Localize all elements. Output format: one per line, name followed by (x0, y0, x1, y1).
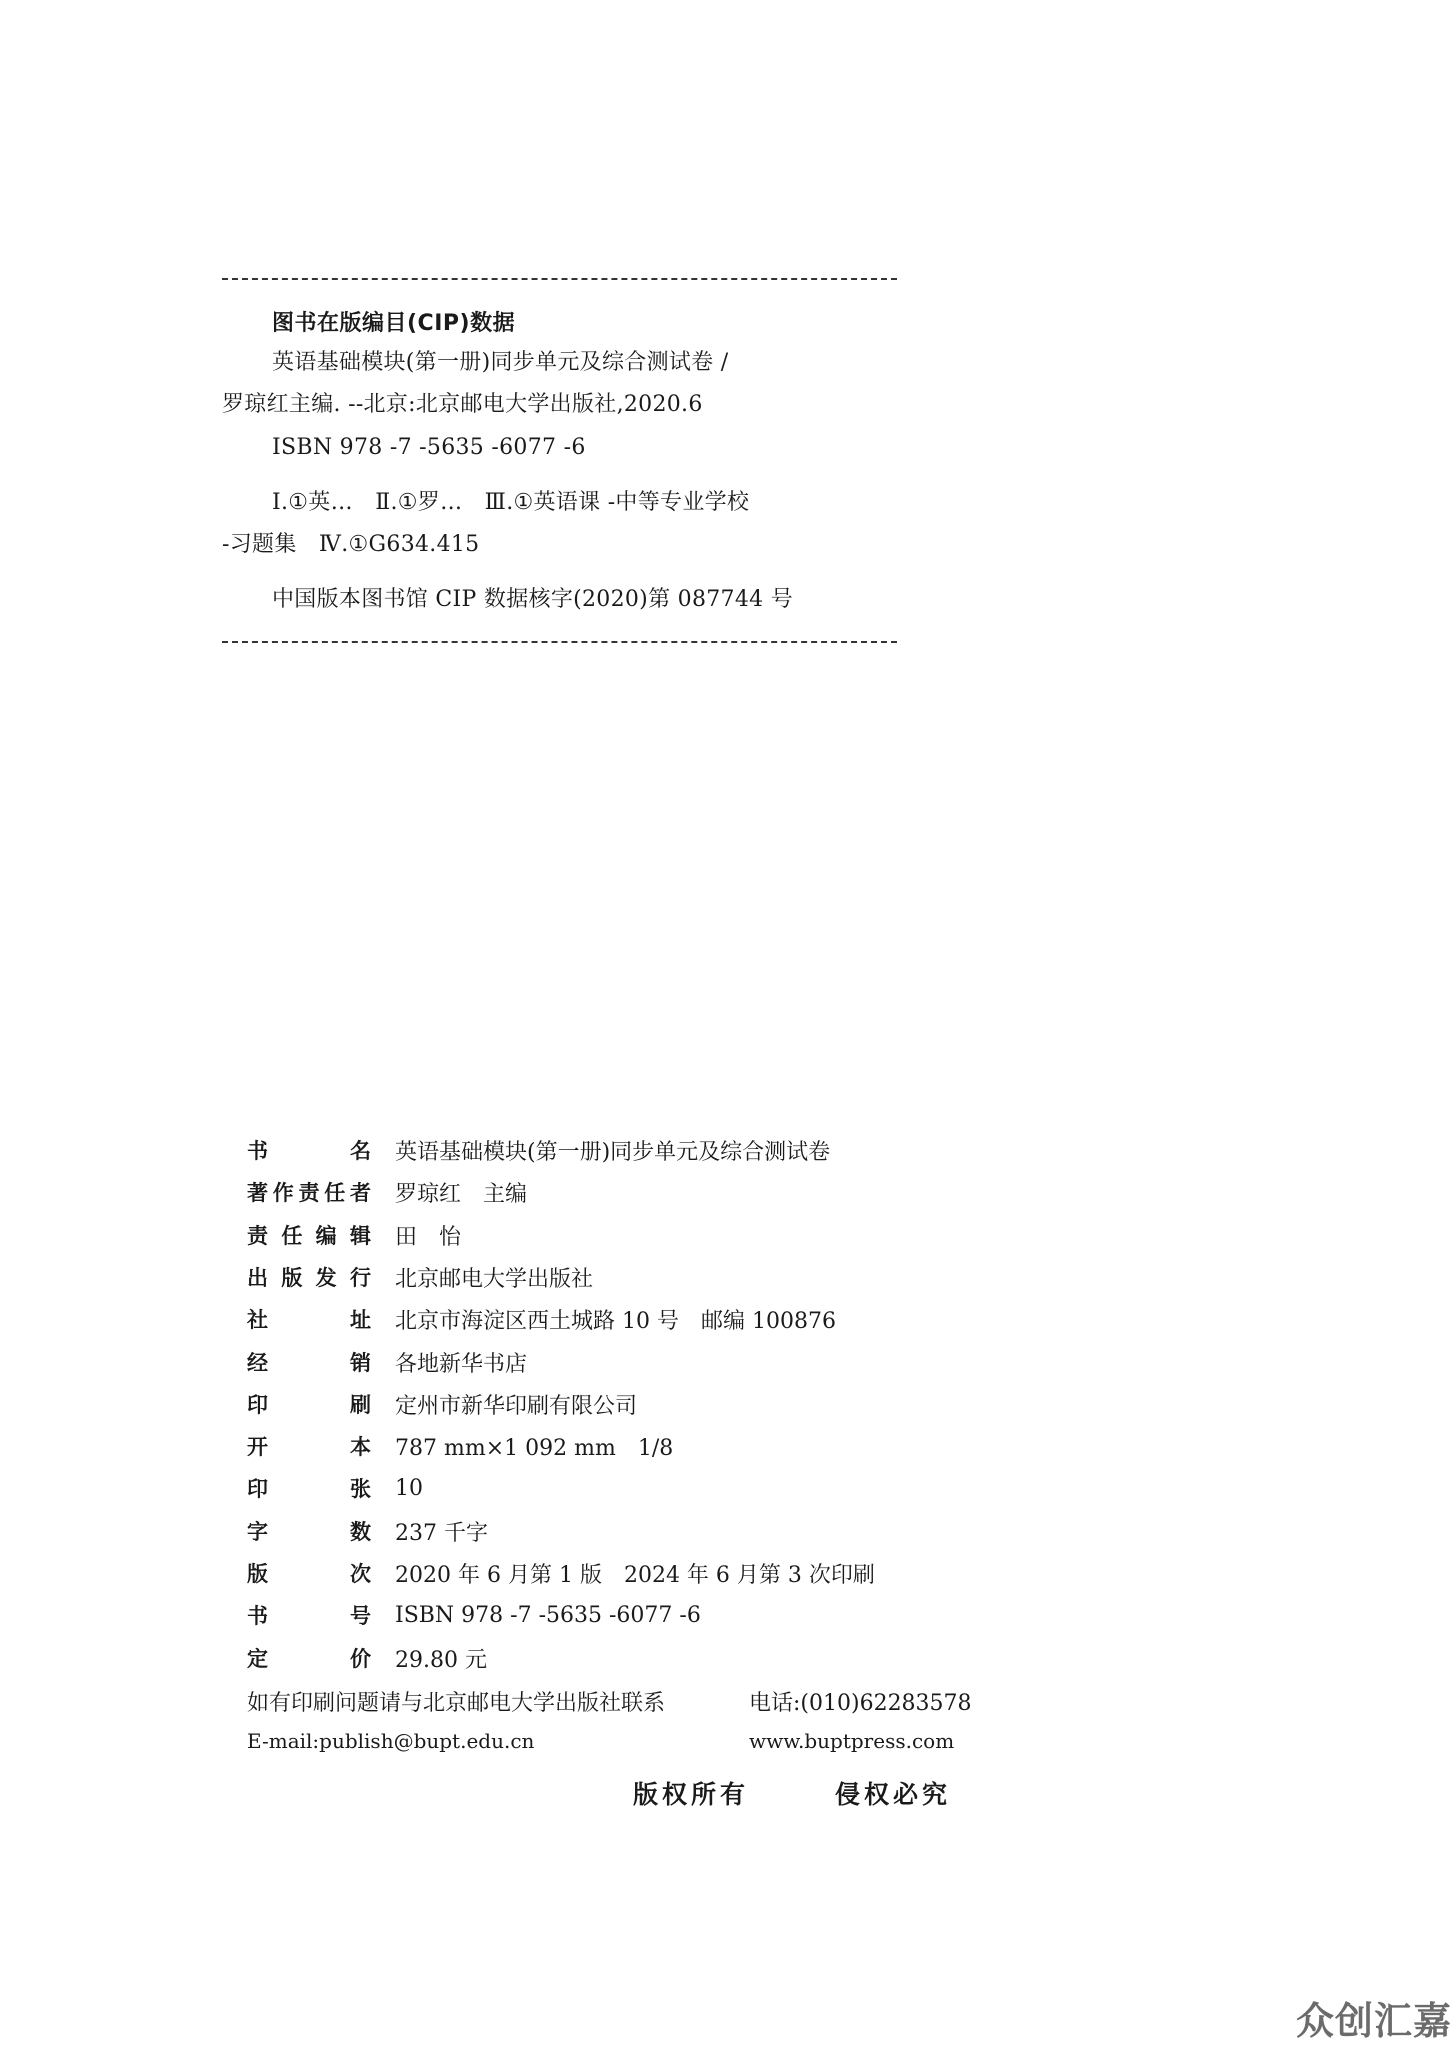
colophon-value: 787 mm×1 092 mm 1/8 (395, 1431, 673, 1462)
colophon-value: 罗琼红 主编 (395, 1177, 527, 1208)
colophon-label-char: 者 (350, 1177, 371, 1207)
colophon-label: 责任编辑 (247, 1220, 371, 1250)
colophon-value: 北京市海淀区西土城路 10 号 邮编 100876 (395, 1304, 836, 1335)
cip-line-classification-cont: -习题集 Ⅳ.①G634.415 (222, 531, 479, 559)
colophon-label-char: 字 (247, 1516, 268, 1546)
colophon-label-char: 价 (350, 1643, 371, 1673)
colophon-label-char: 出 (247, 1262, 268, 1292)
colophon-label: 书号 (247, 1600, 371, 1630)
colophon-row: 书号ISBN 978 -7 -5635 -6077 -6 (247, 1600, 701, 1630)
colophon-value: 10 (395, 1476, 423, 1501)
watermark-logo: 众创汇嘉 (1296, 1990, 1452, 2045)
colophon-label-char: 经 (247, 1347, 268, 1377)
colophon-label-char: 次 (350, 1558, 371, 1588)
colophon-row: 书名英语基础模块(第一册)同步单元及综合测试卷 (247, 1135, 830, 1165)
colophon-label-char: 书 (247, 1135, 268, 1165)
colophon-value: 田 怡 (395, 1220, 461, 1251)
colophon-row: 著作责任者罗琼红 主编 (247, 1177, 527, 1207)
colophon-value: 237 千字 (395, 1516, 488, 1547)
cip-heading: 图书在版编目(CIP)数据 (272, 306, 515, 337)
colophon-label-char: 开 (247, 1431, 268, 1461)
colophon-row: 定价29.80 元 (247, 1643, 487, 1673)
colophon-label-char: 版 (247, 1558, 268, 1588)
cip-line-isbn: ISBN 978 -7 -5635 -6077 -6 (272, 434, 586, 462)
cip-line-approval-number: 中国版本图书馆 CIP 数据核字(2020)第 087744 号 (272, 586, 793, 614)
colophon-row: 出版发行北京邮电大学出版社 (247, 1262, 593, 1292)
infringement-notice: 侵权必究 (835, 1775, 951, 1811)
colophon-label-char: 销 (350, 1347, 371, 1377)
colophon-label: 著作责任者 (247, 1177, 371, 1207)
cip-line-classification: Ⅰ.①英… Ⅱ.①罗… Ⅲ.①英语课 -中等专业学校 (272, 489, 749, 517)
colophon-label: 开本 (247, 1431, 371, 1461)
colophon-row: 字数237 千字 (247, 1516, 488, 1546)
colophon-row: 经销各地新华书店 (247, 1347, 527, 1377)
colophon-value: 北京邮电大学出版社 (395, 1262, 593, 1293)
publisher-website: www.buptpress.com (749, 1729, 954, 1753)
colophon-label: 社址 (247, 1304, 371, 1334)
colophon-label-char: 刷 (350, 1389, 371, 1419)
colophon-row: 社址北京市海淀区西土城路 10 号 邮编 100876 (247, 1304, 836, 1334)
colophon-label: 书名 (247, 1135, 371, 1165)
colophon-label-char: 任 (324, 1177, 345, 1207)
colophon-row: 印张10 (247, 1473, 423, 1503)
colophon-label-char: 任 (281, 1220, 302, 1250)
colophon-label-char: 发 (316, 1262, 337, 1292)
colophon-label-char: 印 (247, 1473, 268, 1503)
colophon-value: 2020 年 6 月第 1 版 2024 年 6 月第 3 次印刷 (395, 1558, 875, 1589)
colophon-label-char: 定 (247, 1643, 268, 1673)
cip-top-divider (222, 278, 897, 280)
colophon-label-char: 本 (350, 1431, 371, 1461)
colophon-label-char: 书 (247, 1600, 268, 1630)
colophon-label-char: 社 (247, 1304, 268, 1334)
colophon-value: 英语基础模块(第一册)同步单元及综合测试卷 (395, 1135, 830, 1166)
colophon-label: 经销 (247, 1347, 371, 1377)
colophon-label-char: 印 (247, 1389, 268, 1419)
colophon-label-char: 责 (247, 1220, 268, 1250)
publisher-phone: 电话:(010)62283578 (749, 1686, 972, 1717)
colophon-value: 各地新华书店 (395, 1347, 527, 1378)
colophon-label-char: 数 (350, 1516, 371, 1546)
publisher-email: E-mail:publish@bupt.edu.cn (247, 1729, 534, 1753)
cip-line-title: 英语基础模块(第一册)同步单元及综合测试卷 / (272, 349, 728, 377)
colophon-label: 定价 (247, 1643, 371, 1673)
colophon-label-char: 作 (273, 1177, 294, 1207)
colophon-value: 定州市新华印刷有限公司 (395, 1389, 637, 1420)
colophon-label: 印刷 (247, 1389, 371, 1419)
colophon-row: 开本787 mm×1 092 mm 1/8 (247, 1431, 673, 1461)
colophon-value: 29.80 元 (395, 1643, 487, 1674)
colophon-label-char: 著 (247, 1177, 268, 1207)
cip-bottom-divider (222, 641, 897, 643)
colophon-label-char: 号 (350, 1600, 371, 1630)
copyright-notice: 版权所有 (633, 1775, 749, 1811)
colophon-label-char: 编 (316, 1220, 337, 1250)
colophon-label: 版次 (247, 1558, 371, 1588)
colophon-label-char: 辑 (350, 1220, 371, 1250)
colophon-row: 版次2020 年 6 月第 1 版 2024 年 6 月第 3 次印刷 (247, 1558, 875, 1588)
colophon-row: 责任编辑田 怡 (247, 1220, 461, 1250)
print-issue-notice: 如有印刷问题请与北京邮电大学出版社联系 (247, 1686, 665, 1717)
colophon-label-char: 责 (299, 1177, 320, 1207)
colophon-row: 印刷定州市新华印刷有限公司 (247, 1389, 637, 1419)
colophon-label: 出版发行 (247, 1262, 371, 1292)
colophon-label-char: 址 (350, 1304, 371, 1334)
colophon-value: ISBN 978 -7 -5635 -6077 -6 (395, 1603, 701, 1628)
colophon-label-char: 版 (281, 1262, 302, 1292)
cip-line-editor-publisher: 罗琼红主编. --北京:北京邮电大学出版社,2020.6 (222, 391, 703, 419)
colophon-label: 印张 (247, 1473, 371, 1503)
colophon-label-char: 张 (350, 1473, 371, 1503)
colophon-label: 字数 (247, 1516, 371, 1546)
colophon-label-char: 行 (350, 1262, 371, 1292)
colophon-label-char: 名 (350, 1135, 371, 1165)
